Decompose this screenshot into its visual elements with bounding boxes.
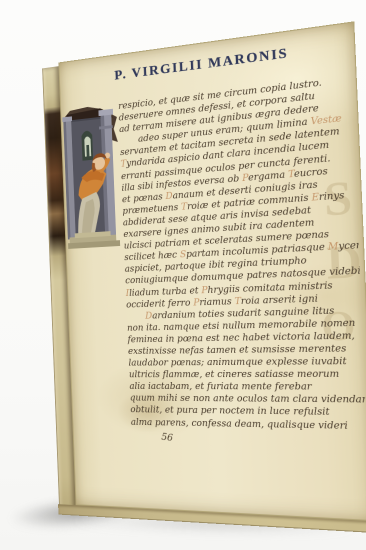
verse-line: alma parens, confessa deam, qualisque vi… bbox=[131, 417, 366, 433]
manuscript-book: SDO P. VIRGILII MARONIS bbox=[58, 21, 366, 521]
photo-background: SDO P. VIRGILII MARONIS bbox=[0, 0, 366, 550]
page-number: 56 bbox=[161, 432, 173, 444]
manuscript-page: SDO P. VIRGILII MARONIS bbox=[58, 21, 366, 521]
miniature-illustration-icon bbox=[61, 100, 122, 251]
verse-lines: respicio, et quæ sit me circum copia lus… bbox=[118, 74, 366, 433]
illuminated-initial-miniature bbox=[61, 100, 122, 251]
verse-line: ultricis flammæ, et cineres satiasse meo… bbox=[129, 368, 365, 381]
verse-line: laudabor pœnas; animumque explesse iuvab… bbox=[128, 356, 364, 370]
